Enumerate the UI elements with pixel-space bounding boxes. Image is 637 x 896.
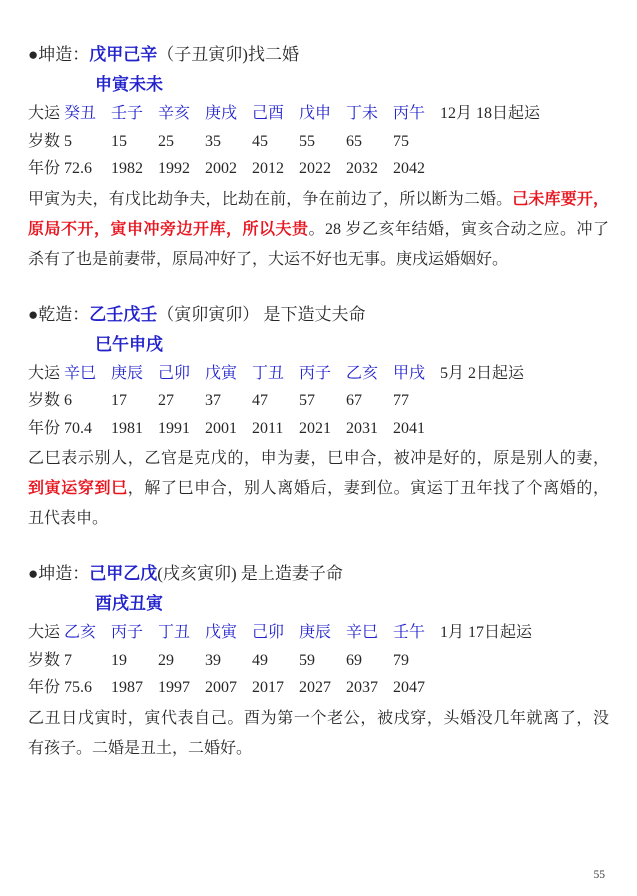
- text-segment: 己未库要开，: [512, 191, 609, 208]
- year-cells: 75.61987199720072017202720372047: [64, 674, 440, 702]
- year-cells: 72.61982199220022012202220322042: [64, 155, 440, 183]
- pillar-branches: 酉戌丑寅: [28, 589, 609, 619]
- pillar-stems: 己甲乙戊: [89, 564, 157, 583]
- value-cell: 19: [111, 647, 158, 675]
- age-row: 岁数 515253545556575: [28, 128, 609, 156]
- text-segment: 乙丑日戊寅时，寅代表自己。酉为第一个老公，被戌穿，头婚没几年就离了，没: [28, 710, 609, 727]
- value-cell: 2011: [252, 415, 299, 443]
- dayun-cell: 乙亥: [64, 619, 111, 647]
- value-cell: 72.6: [64, 155, 111, 183]
- text-segment: 乙巳表示别人，乙官是克戊的，申为妻，巳申合，被冲是好的，原是别人的妻，: [28, 450, 609, 467]
- dayun-cell: 己卯: [158, 360, 205, 388]
- value-cell: 29: [158, 647, 205, 675]
- bazi-section: ●坤造：己甲乙戊(戌亥寅卯) 是上造妻子命 酉戌丑寅 大运 乙亥丙子丁丑戊寅己卯…: [28, 559, 609, 764]
- value-cell: 1982: [111, 155, 158, 183]
- dayun-cell: 壬子: [111, 100, 158, 128]
- dayun-cells: 辛巳庚辰己卯戊寅丁丑丙子乙亥甲戌: [64, 360, 440, 388]
- value-cell: 1991: [158, 415, 205, 443]
- dayun-cell: 辛亥: [158, 100, 205, 128]
- dayun-cell: 丙子: [299, 360, 346, 388]
- dayun-label: 大运: [28, 100, 64, 128]
- value-cell: 2007: [205, 674, 252, 702]
- dayun-cell: 丙子: [111, 619, 158, 647]
- value-cell: 55: [299, 128, 346, 156]
- value-cell: 2002: [205, 155, 252, 183]
- paragraph-line: 乙巳表示别人，乙官是克戊的，申为妻，巳申合，被冲是好的，原是别人的妻，: [28, 444, 609, 474]
- age-row: 岁数 617273747576777: [28, 387, 609, 415]
- dayun-row: 大运 乙亥丙子丁丑戊寅己卯庚辰辛巳壬午 1月 17日起运: [28, 619, 609, 647]
- dayun-cell: 己酉: [252, 100, 299, 128]
- year-row: 年份 72.61982199220022012202220322042: [28, 155, 609, 183]
- dayun-cell: 辛巳: [346, 619, 393, 647]
- text-segment: 到寅运穿到巳: [28, 480, 128, 497]
- year-row: 年份 70.41981199120012011202120312041: [28, 415, 609, 443]
- title-rest: (戌亥寅卯) 是上造妻子命: [157, 564, 343, 583]
- value-cell: 47: [252, 387, 299, 415]
- dayun-cell: 丁丑: [252, 360, 299, 388]
- value-cell: 2021: [299, 415, 346, 443]
- value-cell: 59: [299, 647, 346, 675]
- value-cell: 1997: [158, 674, 205, 702]
- age-cells: 617273747576777: [64, 387, 440, 415]
- value-cell: 1987: [111, 674, 158, 702]
- start-info: 1月 17日起运: [440, 619, 532, 647]
- page-content: ●坤造：戊甲己辛（子丑寅卯)找二婚 申寅未未 大运 癸丑壬子辛亥庚戌己酉戊申丁未…: [28, 40, 609, 789]
- dayun-cell: 丙午: [393, 100, 440, 128]
- value-cell: 27: [158, 387, 205, 415]
- text-segment: 杀有了也是前妻带，原局冲好了，大运不好也无事。庚戌运婚姻好。: [28, 251, 508, 268]
- paragraph-line: 乙丑日戊寅时，寅代表自己。酉为第一个老公，被戌穿，头婚没几年就离了，没: [28, 704, 609, 734]
- dayun-row: 大运 辛巳庚辰己卯戊寅丁丑丙子乙亥甲戌 5月 2日起运: [28, 360, 609, 388]
- year-row: 年份 75.61987199720072017202720372047: [28, 674, 609, 702]
- section-title: ●乾造：乙壬戊壬（寅卯寅卯） 是下造丈夫命: [28, 300, 609, 330]
- value-cell: 2022: [299, 155, 346, 183]
- section-title: ●坤造：己甲乙戊(戌亥寅卯) 是上造妻子命: [28, 559, 609, 589]
- value-cell: 49: [252, 647, 299, 675]
- dayun-cell: 戊寅: [205, 360, 252, 388]
- gender-label: 坤造：: [38, 564, 89, 583]
- dayun-cells: 乙亥丙子丁丑戊寅己卯庚辰辛巳壬午: [64, 619, 440, 647]
- value-cell: 2027: [299, 674, 346, 702]
- age-label: 岁数: [28, 128, 64, 156]
- age-row: 岁数 719293949596979: [28, 647, 609, 675]
- dayun-label: 大运: [28, 619, 64, 647]
- dayun-cell: 壬午: [393, 619, 440, 647]
- dayun-cell: 甲戌: [393, 360, 440, 388]
- text-segment: 甲寅为夫，有戊比劫争夫，比劫在前，争在前边了，所以断为二婚。: [28, 191, 512, 208]
- value-cell: 5: [64, 128, 111, 156]
- value-cell: 2041: [393, 415, 440, 443]
- dayun-row: 大运 癸丑壬子辛亥庚戌己酉戊申丁未丙午 12月 18日起运: [28, 100, 609, 128]
- dayun-cell: 癸丑: [64, 100, 111, 128]
- dayun-cell: 庚辰: [299, 619, 346, 647]
- dayun-cell: 丁丑: [158, 619, 205, 647]
- document-page: ●坤造：戊甲己辛（子丑寅卯)找二婚 申寅未未 大运 癸丑壬子辛亥庚戌己酉戊申丁未…: [0, 0, 637, 896]
- paragraph-line: 有孩子。二婚是丑土，二婚好。: [28, 734, 609, 764]
- year-label: 年份: [28, 674, 64, 702]
- value-cell: 1992: [158, 155, 205, 183]
- value-cell: 2047: [393, 674, 440, 702]
- value-cell: 1981: [111, 415, 158, 443]
- value-cell: 79: [393, 647, 440, 675]
- gender-label: 乾造：: [38, 305, 89, 324]
- value-cell: 2037: [346, 674, 393, 702]
- analysis-paragraph: 乙丑日戊寅时，寅代表自己。酉为第一个老公，被戌穿，头婚没几年就离了，没有孩子。二…: [28, 704, 609, 764]
- bullet-icon: ●: [28, 45, 38, 64]
- start-info: 5月 2日起运: [440, 360, 524, 388]
- age-label: 岁数: [28, 387, 64, 415]
- dayun-cells: 癸丑壬子辛亥庚戌己酉戊申丁未丙午: [64, 100, 440, 128]
- paragraph-line: 丑代表申。: [28, 504, 609, 534]
- text-segment: 。28 岁乙亥年结婚，寅亥合动之应。冲了: [309, 221, 610, 238]
- page-number: 55: [594, 869, 606, 881]
- title-rest: （寅卯寅卯） 是下造丈夫命: [157, 305, 365, 324]
- value-cell: 2031: [346, 415, 393, 443]
- pillar-stems: 乙壬戊壬: [89, 305, 157, 324]
- value-cell: 70.4: [64, 415, 111, 443]
- dayun-cell: 戊寅: [205, 619, 252, 647]
- value-cell: 2017: [252, 674, 299, 702]
- year-label: 年份: [28, 155, 64, 183]
- value-cell: 7: [64, 647, 111, 675]
- year-label: 年份: [28, 415, 64, 443]
- value-cell: 6: [64, 387, 111, 415]
- value-cell: 39: [205, 647, 252, 675]
- value-cell: 77: [393, 387, 440, 415]
- gender-label: 坤造：: [38, 45, 89, 64]
- value-cell: 37: [205, 387, 252, 415]
- year-cells: 70.41981199120012011202120312041: [64, 415, 440, 443]
- value-cell: 65: [346, 128, 393, 156]
- age-cells: 719293949596979: [64, 647, 440, 675]
- value-cell: 69: [346, 647, 393, 675]
- dayun-cell: 己卯: [252, 619, 299, 647]
- text-segment: 原局不开，寅申冲旁边开库，所以夫贵: [28, 221, 309, 238]
- bazi-section: ●乾造：乙壬戊壬（寅卯寅卯） 是下造丈夫命 巳午申戌 大运 辛巳庚辰己卯戊寅丁丑…: [28, 300, 609, 535]
- dayun-cell: 戊申: [299, 100, 346, 128]
- value-cell: 57: [299, 387, 346, 415]
- value-cell: 15: [111, 128, 158, 156]
- pillar-branches: 巳午申戌: [28, 330, 609, 360]
- dayun-label: 大运: [28, 360, 64, 388]
- dayun-cell: 辛巳: [64, 360, 111, 388]
- value-cell: 17: [111, 387, 158, 415]
- paragraph-line: 原局不开，寅申冲旁边开库，所以夫贵。28 岁乙亥年结婚，寅亥合动之应。冲了: [28, 215, 609, 245]
- value-cell: 2042: [393, 155, 440, 183]
- value-cell: 25: [158, 128, 205, 156]
- text-segment: ，解了巳申合，别人离婚后，妻到位。寅运丁丑年找了个离婚的，: [128, 480, 609, 497]
- dayun-cell: 乙亥: [346, 360, 393, 388]
- pillar-branches: 申寅未未: [28, 70, 609, 100]
- analysis-paragraph: 乙巳表示别人，乙官是克戊的，申为妻，巳申合，被冲是好的，原是别人的妻，到寅运穿到…: [28, 444, 609, 534]
- age-cells: 515253545556575: [64, 128, 440, 156]
- title-rest: （子丑寅卯)找二婚: [157, 45, 299, 64]
- section-title: ●坤造：戊甲己辛（子丑寅卯)找二婚: [28, 40, 609, 70]
- start-info: 12月 18日起运: [440, 100, 540, 128]
- value-cell: 75: [393, 128, 440, 156]
- bazi-section: ●坤造：戊甲己辛（子丑寅卯)找二婚 申寅未未 大运 癸丑壬子辛亥庚戌己酉戊申丁未…: [28, 40, 609, 275]
- bullet-icon: ●: [28, 305, 38, 324]
- value-cell: 2001: [205, 415, 252, 443]
- bullet-icon: ●: [28, 564, 38, 583]
- value-cell: 75.6: [64, 674, 111, 702]
- text-segment: 有孩子。二婚是丑土，二婚好。: [28, 740, 252, 757]
- value-cell: 2032: [346, 155, 393, 183]
- dayun-cell: 丁未: [346, 100, 393, 128]
- value-cell: 45: [252, 128, 299, 156]
- analysis-paragraph: 甲寅为夫，有戊比劫争夫，比劫在前，争在前边了，所以断为二婚。己未库要开，原局不开…: [28, 185, 609, 275]
- dayun-cell: 庚戌: [205, 100, 252, 128]
- paragraph-line: 甲寅为夫，有戊比劫争夫，比劫在前，争在前边了，所以断为二婚。己未库要开，: [28, 185, 609, 215]
- age-label: 岁数: [28, 647, 64, 675]
- value-cell: 2012: [252, 155, 299, 183]
- paragraph-line: 到寅运穿到巳，解了巳申合，别人离婚后，妻到位。寅运丁丑年找了个离婚的，: [28, 474, 609, 504]
- dayun-cell: 庚辰: [111, 360, 158, 388]
- pillar-stems: 戊甲己辛: [89, 45, 157, 64]
- value-cell: 35: [205, 128, 252, 156]
- text-segment: 丑代表申。: [28, 510, 108, 527]
- value-cell: 67: [346, 387, 393, 415]
- paragraph-line: 杀有了也是前妻带，原局冲好了，大运不好也无事。庚戌运婚姻好。: [28, 245, 609, 275]
